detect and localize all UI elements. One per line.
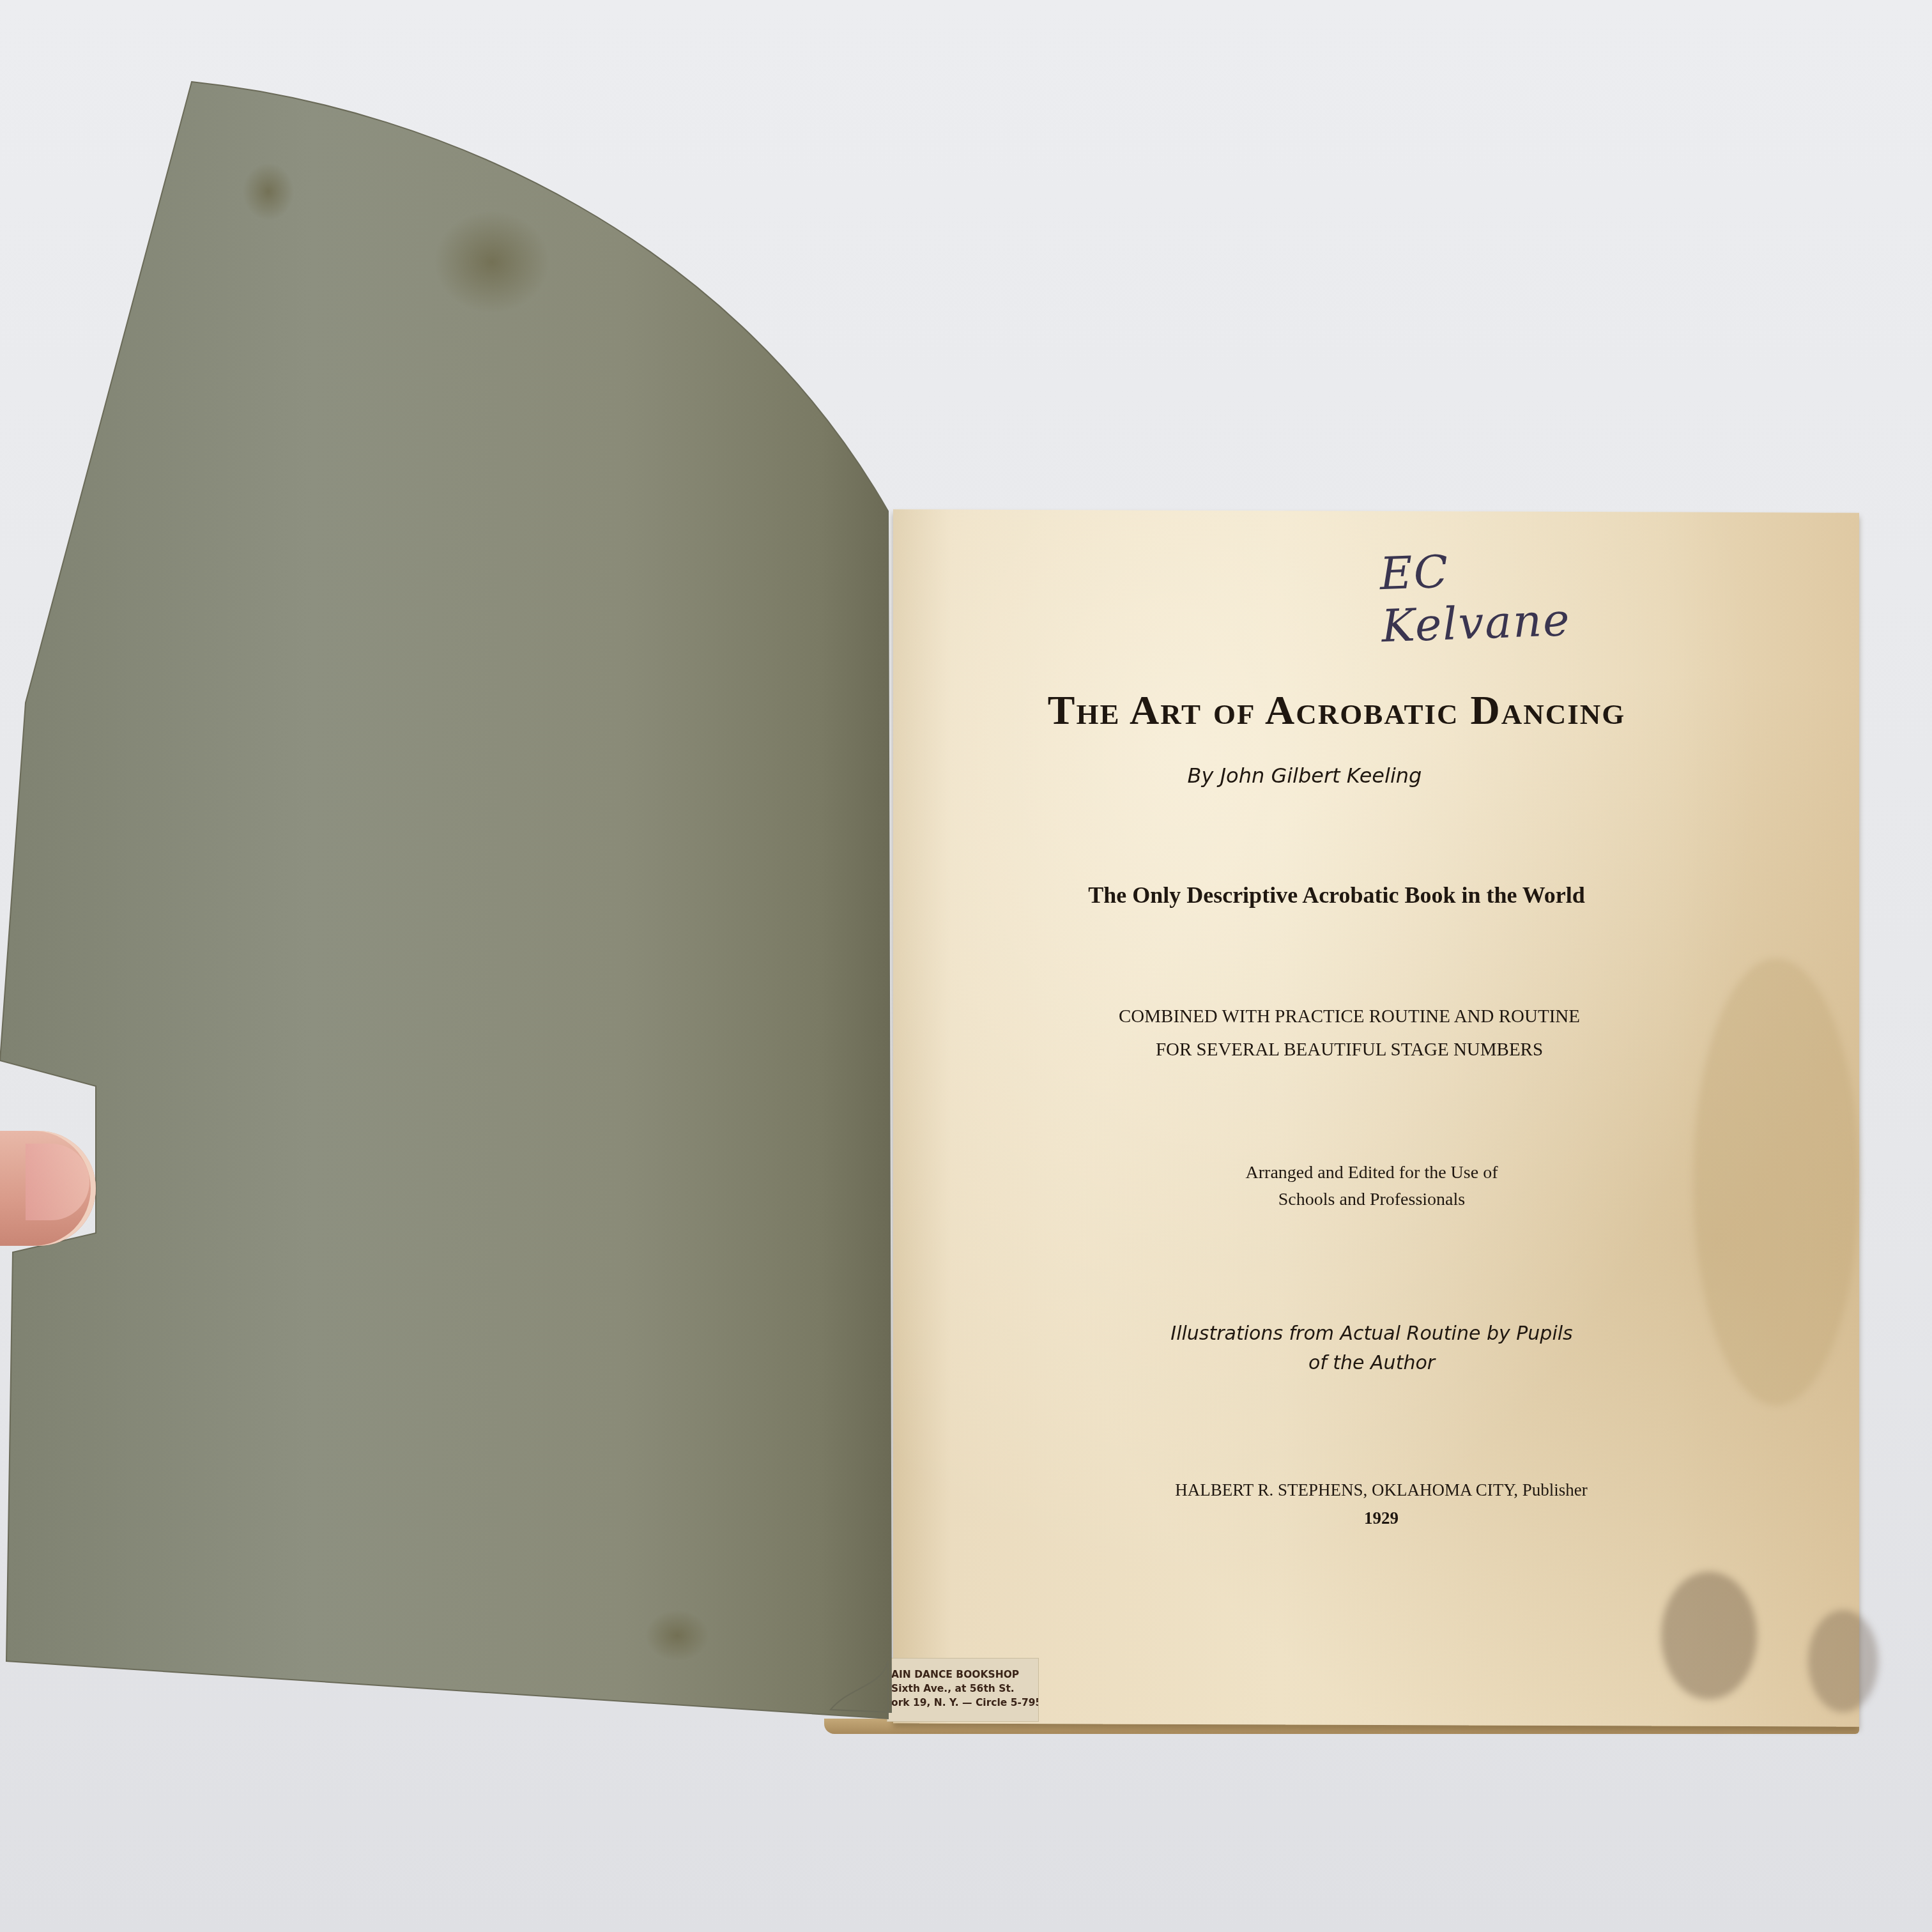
fingerprint-smudge: [1808, 1610, 1878, 1712]
publication-year: 1929: [1150, 1504, 1613, 1532]
handwritten-signature: EC Kelvane: [1379, 539, 1650, 618]
fingerprint-smudge: [1661, 1572, 1757, 1699]
author-byline: By John Gilbert Keeling: [1086, 763, 1523, 788]
publisher-block: HALBERT R. STEPHENS, OKLAHOMA CITY, Publ…: [1150, 1476, 1613, 1532]
publisher-name: HALBERT R. STEPHENS, OKLAHOMA CITY, Publ…: [1150, 1476, 1613, 1504]
illustrations-line: of the Author: [1150, 1349, 1593, 1378]
sticker-line: ork 19, N. Y. — Circle 5-7955: [891, 1696, 1038, 1710]
subtitle: COMBINED WITH PRACTICE ROUTINE AND ROUTI…: [1048, 1000, 1651, 1066]
arranged-line: Arranged and Edited for the Use of: [1150, 1160, 1593, 1186]
arranged-line: Schools and Professionals: [1150, 1186, 1593, 1213]
sticker-line: AIN DANCE BOOKSHOP: [891, 1667, 1038, 1682]
foxing-stain: [1693, 958, 1859, 1406]
sticker-line: Sixth Ave., at 56th St.: [891, 1682, 1038, 1696]
subtitle-line: FOR SEVERAL BEAUTIFUL STAGE NUMBERS: [1048, 1033, 1651, 1066]
illustrations-note: Illustrations from Actual Routine by Pup…: [1150, 1319, 1593, 1378]
subtitle-line: COMBINED WITH PRACTICE ROUTINE AND ROUTI…: [1048, 1000, 1651, 1033]
arranged-note: Arranged and Edited for the Use of Schoo…: [1150, 1160, 1593, 1213]
book-photo: EC Kelvane The Art of Acrobatic Dancing …: [0, 0, 1932, 1932]
book-title: The Art of Acrobatic Dancing: [1022, 687, 1651, 734]
illustrations-line: Illustrations from Actual Routine by Pup…: [1150, 1319, 1593, 1349]
bookshop-sticker: AIN DANCE BOOKSHOP Sixth Ave., at 56th S…: [887, 1658, 1039, 1722]
front-cover[interactable]: [0, 0, 907, 1738]
tagline: The Only Descriptive Acrobatic Book in t…: [1035, 882, 1638, 908]
